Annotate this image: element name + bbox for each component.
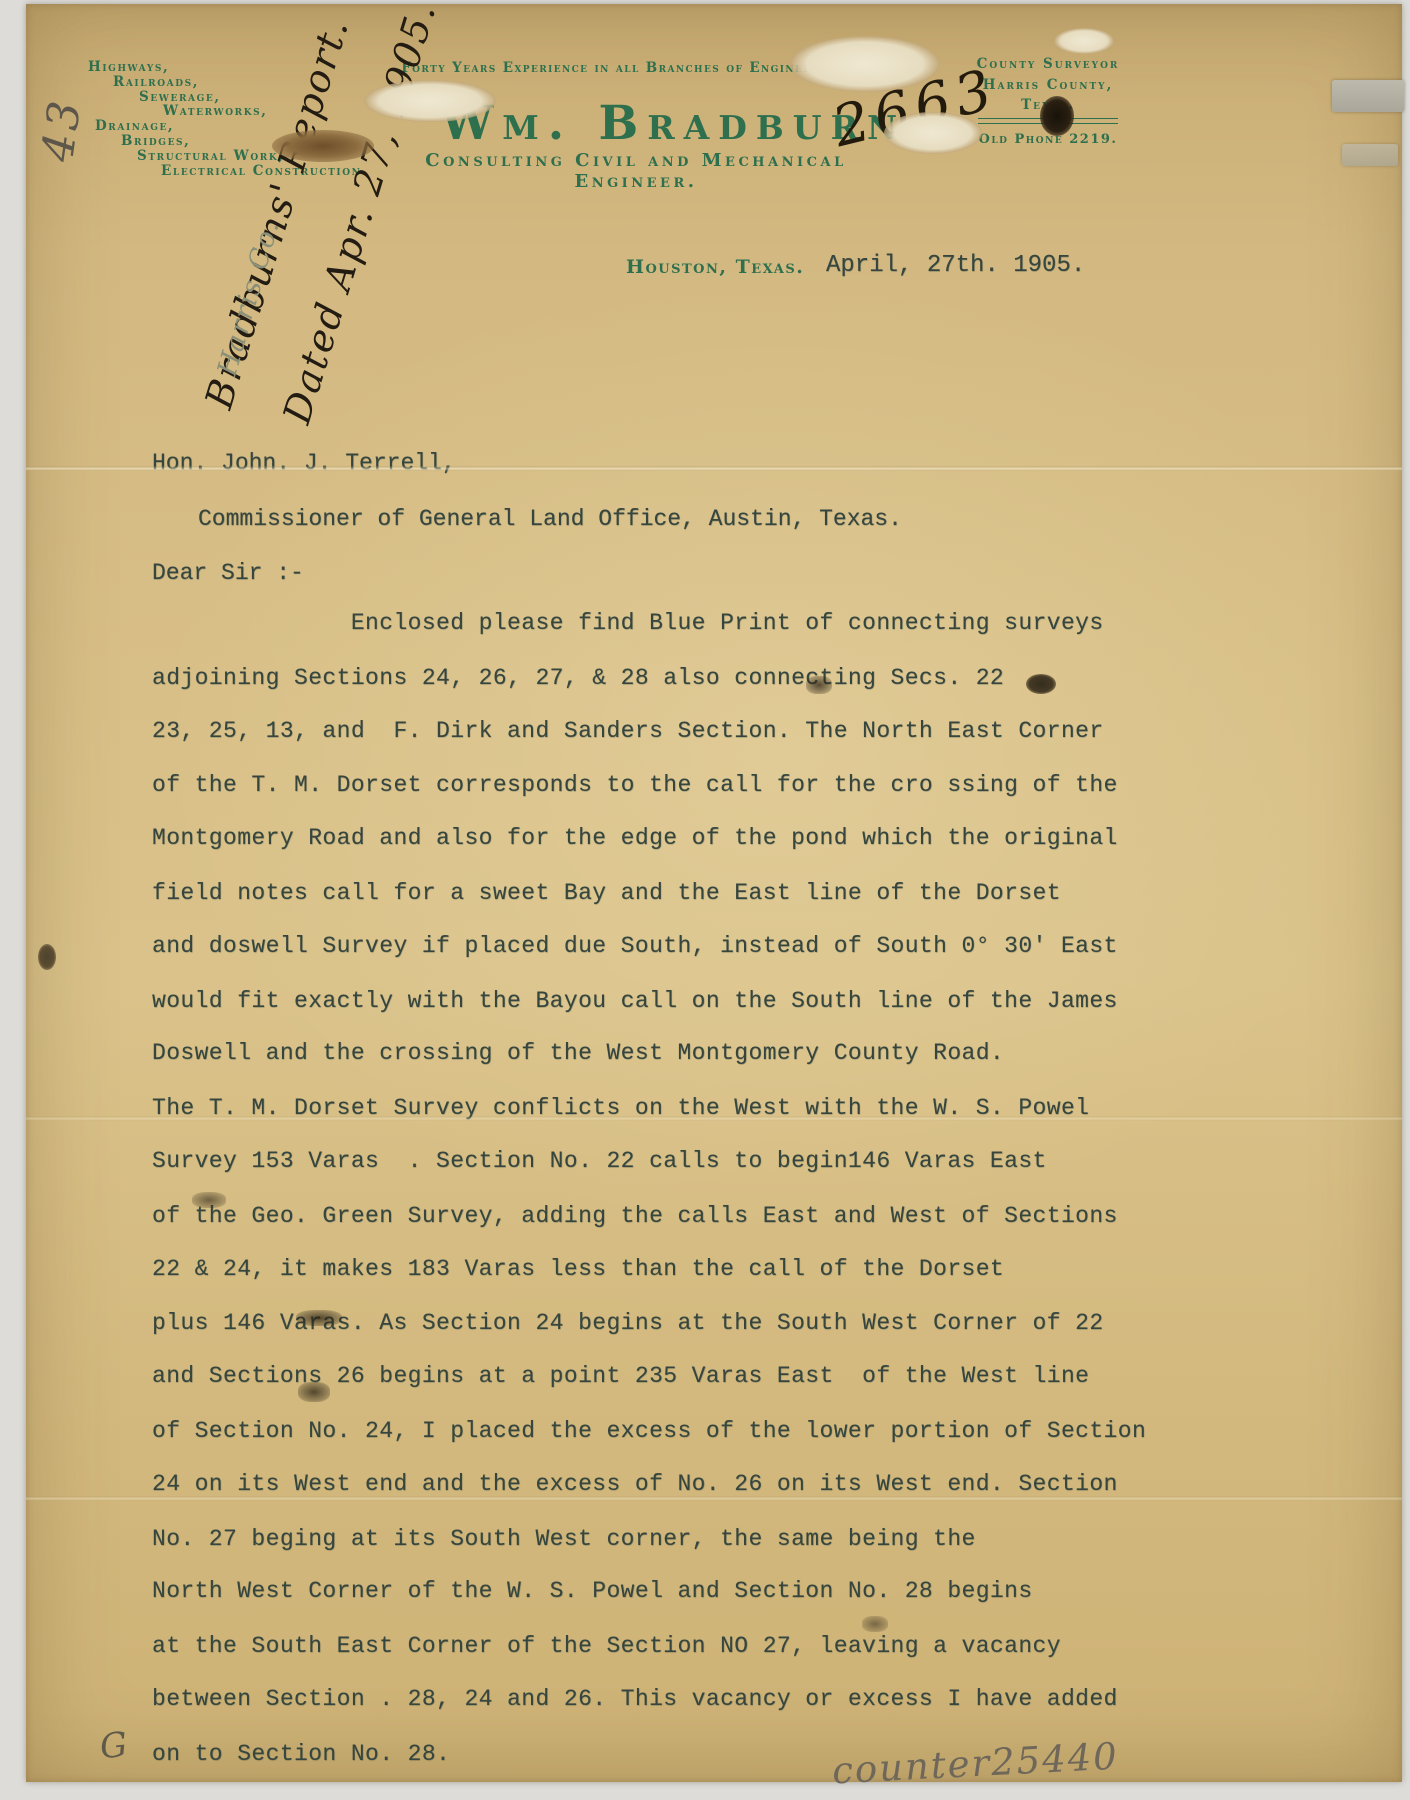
letter-body-line: at the South East Corner of the Section … xyxy=(152,1633,1146,1687)
pen-scribble xyxy=(862,1616,888,1632)
paper-tear xyxy=(364,80,496,122)
letter-body-line: North West Corner of the W. S. Powel and… xyxy=(152,1578,1146,1632)
dateline-place: Houston, Texas. xyxy=(626,256,804,278)
paper-tear xyxy=(1054,28,1114,54)
pen-scribble xyxy=(298,1382,330,1402)
letter-body: Enclosed please find Blue Print of conne… xyxy=(152,610,1146,1794)
letter-body-line: 22 & 24, it makes 183 Varas less than th… xyxy=(152,1256,1146,1310)
paper-tear xyxy=(884,112,982,154)
letter-body-line: Survey 153 Varas . Section No. 22 calls … xyxy=(152,1148,1146,1202)
letter-body-line: of Section No. 24, I placed the excess o… xyxy=(152,1418,1146,1472)
letter-recipient-title: Commissioner of General Land Office, Aus… xyxy=(198,506,902,532)
dateline-date: April, 27th. 1905. xyxy=(826,252,1085,279)
letterhead-profession-line: Consulting Civil and Mechanical Engineer… xyxy=(366,150,906,192)
handwritten-g-mark: G xyxy=(98,1725,129,1768)
letter-body-line: 23, 25, 13, and F. Dirk and Sanders Sect… xyxy=(152,718,1146,772)
letterhead-service-item: Electrical Construction. xyxy=(88,164,368,179)
tape-fragment xyxy=(1342,144,1398,166)
letter-body-line: would fit exactly with the Bayou call on… xyxy=(152,988,1146,1042)
letter-body-line: Enclosed please find Blue Print of conne… xyxy=(152,610,1146,664)
letter-body-line: field notes call for a sweet Bay and the… xyxy=(152,880,1146,934)
ink-blot xyxy=(38,944,56,970)
letter-salutation: Dear Sir :- xyxy=(152,560,304,586)
scanned-letter: Highways,Railroads,Sewerage,Waterworks,D… xyxy=(0,0,1410,1800)
letter-body-line: and doswell Survey if placed due South, … xyxy=(152,933,1146,987)
letter-body-line: No. 27 beging at its South West corner, … xyxy=(152,1526,1146,1580)
letter-body-line: Doswell and the crossing of the West Mon… xyxy=(152,1040,1146,1094)
ink-blot xyxy=(1026,674,1056,694)
pen-scribble xyxy=(296,1310,342,1326)
paper-tear xyxy=(790,36,940,92)
letter-body-line: Montgomery Road and also for the edge of… xyxy=(152,825,1146,879)
tape-fragment xyxy=(1332,80,1404,112)
fold-crease xyxy=(26,1496,1402,1501)
letter-paper: Highways,Railroads,Sewerage,Waterworks,D… xyxy=(26,4,1402,1782)
letter-body-line: of the T. M. Dorset corresponds to the c… xyxy=(152,772,1146,826)
letter-recipient: Hon. John. J. Terrell, xyxy=(152,450,456,476)
paper-stain xyxy=(272,130,374,162)
letter-body-line: adjoining Sections 24, 26, 27, & 28 also… xyxy=(152,665,1146,719)
ink-blot xyxy=(1040,96,1074,136)
fold-crease xyxy=(26,466,1402,471)
ink-smudge xyxy=(806,676,832,694)
fold-crease xyxy=(26,1116,1402,1121)
letter-body-line: The T. M. Dorset Survey conflicts on the… xyxy=(152,1095,1146,1149)
letter-body-line: of the Geo. Green Survey, adding the cal… xyxy=(152,1203,1146,1257)
letter-body-line: between Section . 28, 24 and 26. This va… xyxy=(152,1686,1146,1740)
handwritten-page-number: 43 xyxy=(32,94,91,164)
ink-overstrike xyxy=(192,1192,226,1208)
